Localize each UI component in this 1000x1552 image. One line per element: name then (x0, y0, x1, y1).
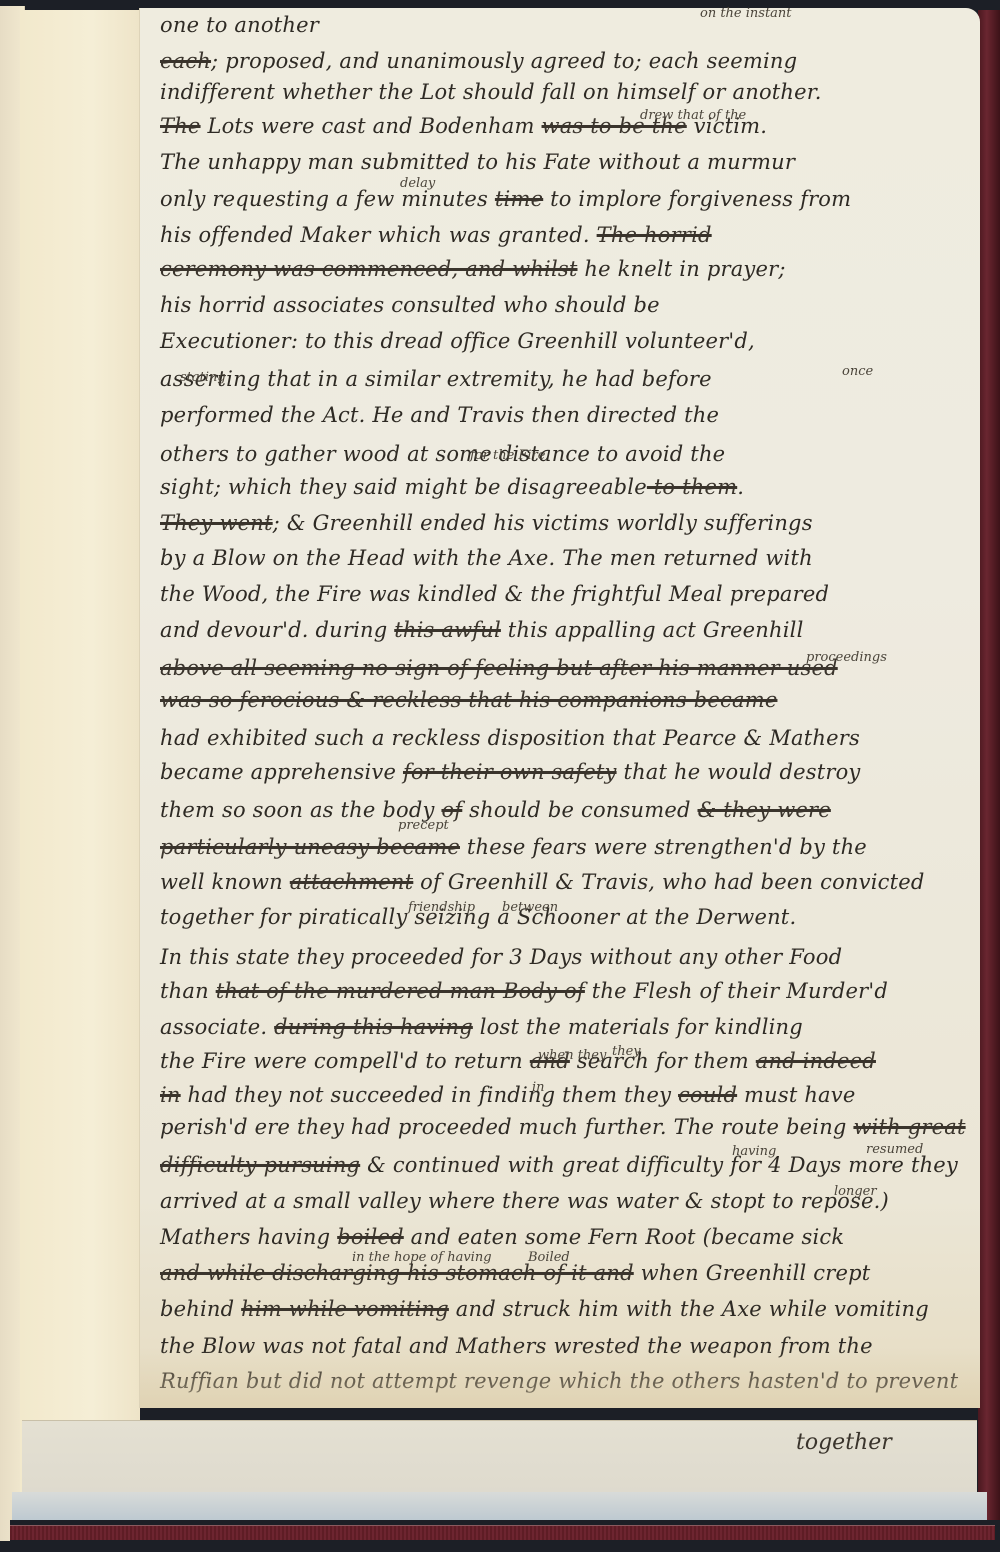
line-text: well known (160, 870, 290, 894)
line-text: asserting that in a similar extremity, h… (160, 367, 712, 391)
line-text: he knelt in prayer; (578, 257, 786, 281)
deleted-text: They went (160, 511, 273, 535)
line-text: others to gather wood at some distance t… (160, 442, 725, 466)
manuscript-line: together for piratically seizing a Schoo… (160, 905, 960, 949)
interlinear-insertion: between (502, 900, 558, 915)
catchword: together (796, 1430, 892, 1455)
line-text: became apprehensive (160, 760, 403, 784)
manuscript-line: performed the Act. He and Travis then di… (160, 403, 960, 447)
line-text: and devour'd. during (160, 618, 394, 642)
interlinear-insertion: once (842, 364, 873, 379)
line-text: and struck him with the Axe while vomiti… (449, 1297, 929, 1321)
interlinear-insertion: precept (398, 818, 449, 833)
interlinear-insertion: in (532, 1080, 545, 1095)
line-text: Mathers having (160, 1225, 337, 1249)
underlying-leaf-blue (12, 1492, 987, 1522)
deleted-text: that of the murdered man Body of (216, 979, 585, 1003)
line-text: associate. (160, 1015, 274, 1039)
line-text: must have (737, 1083, 855, 1107)
deleted-text: this awful (394, 618, 501, 642)
interlinear-insertion: having (732, 1144, 776, 1159)
line-text: had exhibited such a reckless dispositio… (160, 726, 860, 750)
line-text: when Greenhill crept (634, 1261, 871, 1285)
deleted-text: boiled (337, 1225, 404, 1249)
line-text: perish'd ere they had proceeded much fur… (160, 1115, 853, 1139)
line-text: behind (160, 1297, 241, 1321)
line-text: arrived at a small valley where there wa… (160, 1189, 889, 1213)
manuscript-page: one to anothereach; proposed, and unanim… (140, 8, 980, 1408)
interlinear-insertion: resumed (866, 1142, 923, 1157)
line-text: one to another (160, 13, 319, 37)
deleted-text: The (160, 114, 201, 138)
line-text: this appalling act Greenhill (501, 618, 804, 642)
interlinear-insertion: on the instant (700, 6, 792, 21)
deleted-text: above all seeming no sign of feeling but… (160, 656, 838, 680)
line-text: and eaten some Fern Root (became sick (404, 1225, 845, 1249)
line-text: the Fire were compell'd to return (160, 1049, 530, 1073)
interlinear-insertion: proceedings (806, 650, 887, 665)
interlinear-insertion: when they (538, 1048, 606, 1063)
line-text: to implore forgiveness from (543, 187, 851, 211)
line-text: ; & Greenhill ended his victims worldly … (273, 511, 813, 535)
manuscript-line: Ruffian but did not attempt revenge whic… (160, 1369, 960, 1413)
line-text: the Wood, the Fire was kindled & the fri… (160, 582, 829, 606)
manuscript-line: the Blow was not fatal and Mathers wrest… (160, 1334, 960, 1378)
line-text: his offended Maker which was granted. (160, 223, 597, 247)
deleted-text: to them (647, 475, 737, 499)
deleted-text: with great (853, 1115, 965, 1139)
deleted-text: & they were (698, 798, 831, 822)
deleted-text: in (160, 1083, 181, 1107)
deleted-text: The horrid (597, 223, 712, 247)
interlinear-insertion: in the hope of having (352, 1250, 492, 1265)
deleted-text: ceremony was commenced, and whilst (160, 257, 578, 281)
line-text: should be consumed (462, 798, 697, 822)
interlinear-insertion: they (612, 1044, 641, 1059)
interlinear-insertion: longer (834, 1184, 877, 1199)
line-text: than (160, 979, 216, 1003)
line-text: ; proposed, and unanimously agreed to; e… (211, 49, 797, 73)
line-text: the Flesh of their Murder'd (585, 979, 888, 1003)
interlinear-insertion: stating (180, 370, 226, 385)
line-text: sight; which they said might be disagree… (160, 475, 647, 499)
line-text: lost the materials for kindling (473, 1015, 803, 1039)
line-text: had they not succeeded in finding them t… (181, 1083, 678, 1107)
interlinear-insertion: delay (400, 176, 435, 191)
line-text: together for piratically seizing a Schoo… (160, 905, 796, 929)
deleted-text: for their own safety (403, 760, 617, 784)
cover-edge-right (978, 10, 1000, 1530)
deleted-text: could (678, 1083, 737, 1107)
deleted-text: attachment (290, 870, 414, 894)
line-text: The unhappy man submitted to his Fate wi… (160, 150, 795, 174)
line-text: Lots were cast and Bodenham (201, 114, 542, 138)
interlinear-insertion: for the Fire (470, 448, 546, 463)
line-text: . (737, 475, 744, 499)
interlinear-insertion: friendship (408, 900, 475, 915)
line-text: the Blow was not fatal and Mathers wrest… (160, 1334, 873, 1358)
deleted-text: difficulty pursuing (160, 1153, 360, 1177)
line-text: performed the Act. He and Travis then di… (160, 403, 719, 427)
line-text: only requesting a few minutes (160, 187, 495, 211)
deleted-text: each (160, 49, 211, 73)
deleted-text: and indeed (756, 1049, 876, 1073)
line-text: Executioner: to this dread office Greenh… (160, 329, 755, 353)
deleted-text: time (495, 187, 543, 211)
deleted-text: particularly uneasy became (160, 835, 460, 859)
guard-strip (20, 10, 140, 1510)
interlinear-insertion: drew that of the (640, 108, 746, 123)
deleted-text: him while vomiting (241, 1297, 449, 1321)
line-text: In this state they proceeded for 3 Days … (160, 945, 842, 969)
line-text: indifferent whether the Lot should fall … (160, 80, 822, 104)
line-text: that he would destroy (617, 760, 861, 784)
interlinear-insertion: Boiled (528, 1250, 570, 1265)
line-text: of Greenhill & Travis, who had been conv… (413, 870, 924, 894)
line-text: Ruffian but did not attempt revenge whic… (160, 1369, 958, 1393)
line-text: his horrid associates consulted who shou… (160, 293, 660, 317)
cover-edge-bottom (10, 1525, 995, 1540)
line-text: by a Blow on the Head with the Axe. The … (160, 546, 813, 570)
line-text: these fears were strengthen'd by the (460, 835, 867, 859)
deleted-text: was so ferocious & reckless that his com… (160, 688, 777, 712)
deleted-text: during this having (274, 1015, 473, 1039)
